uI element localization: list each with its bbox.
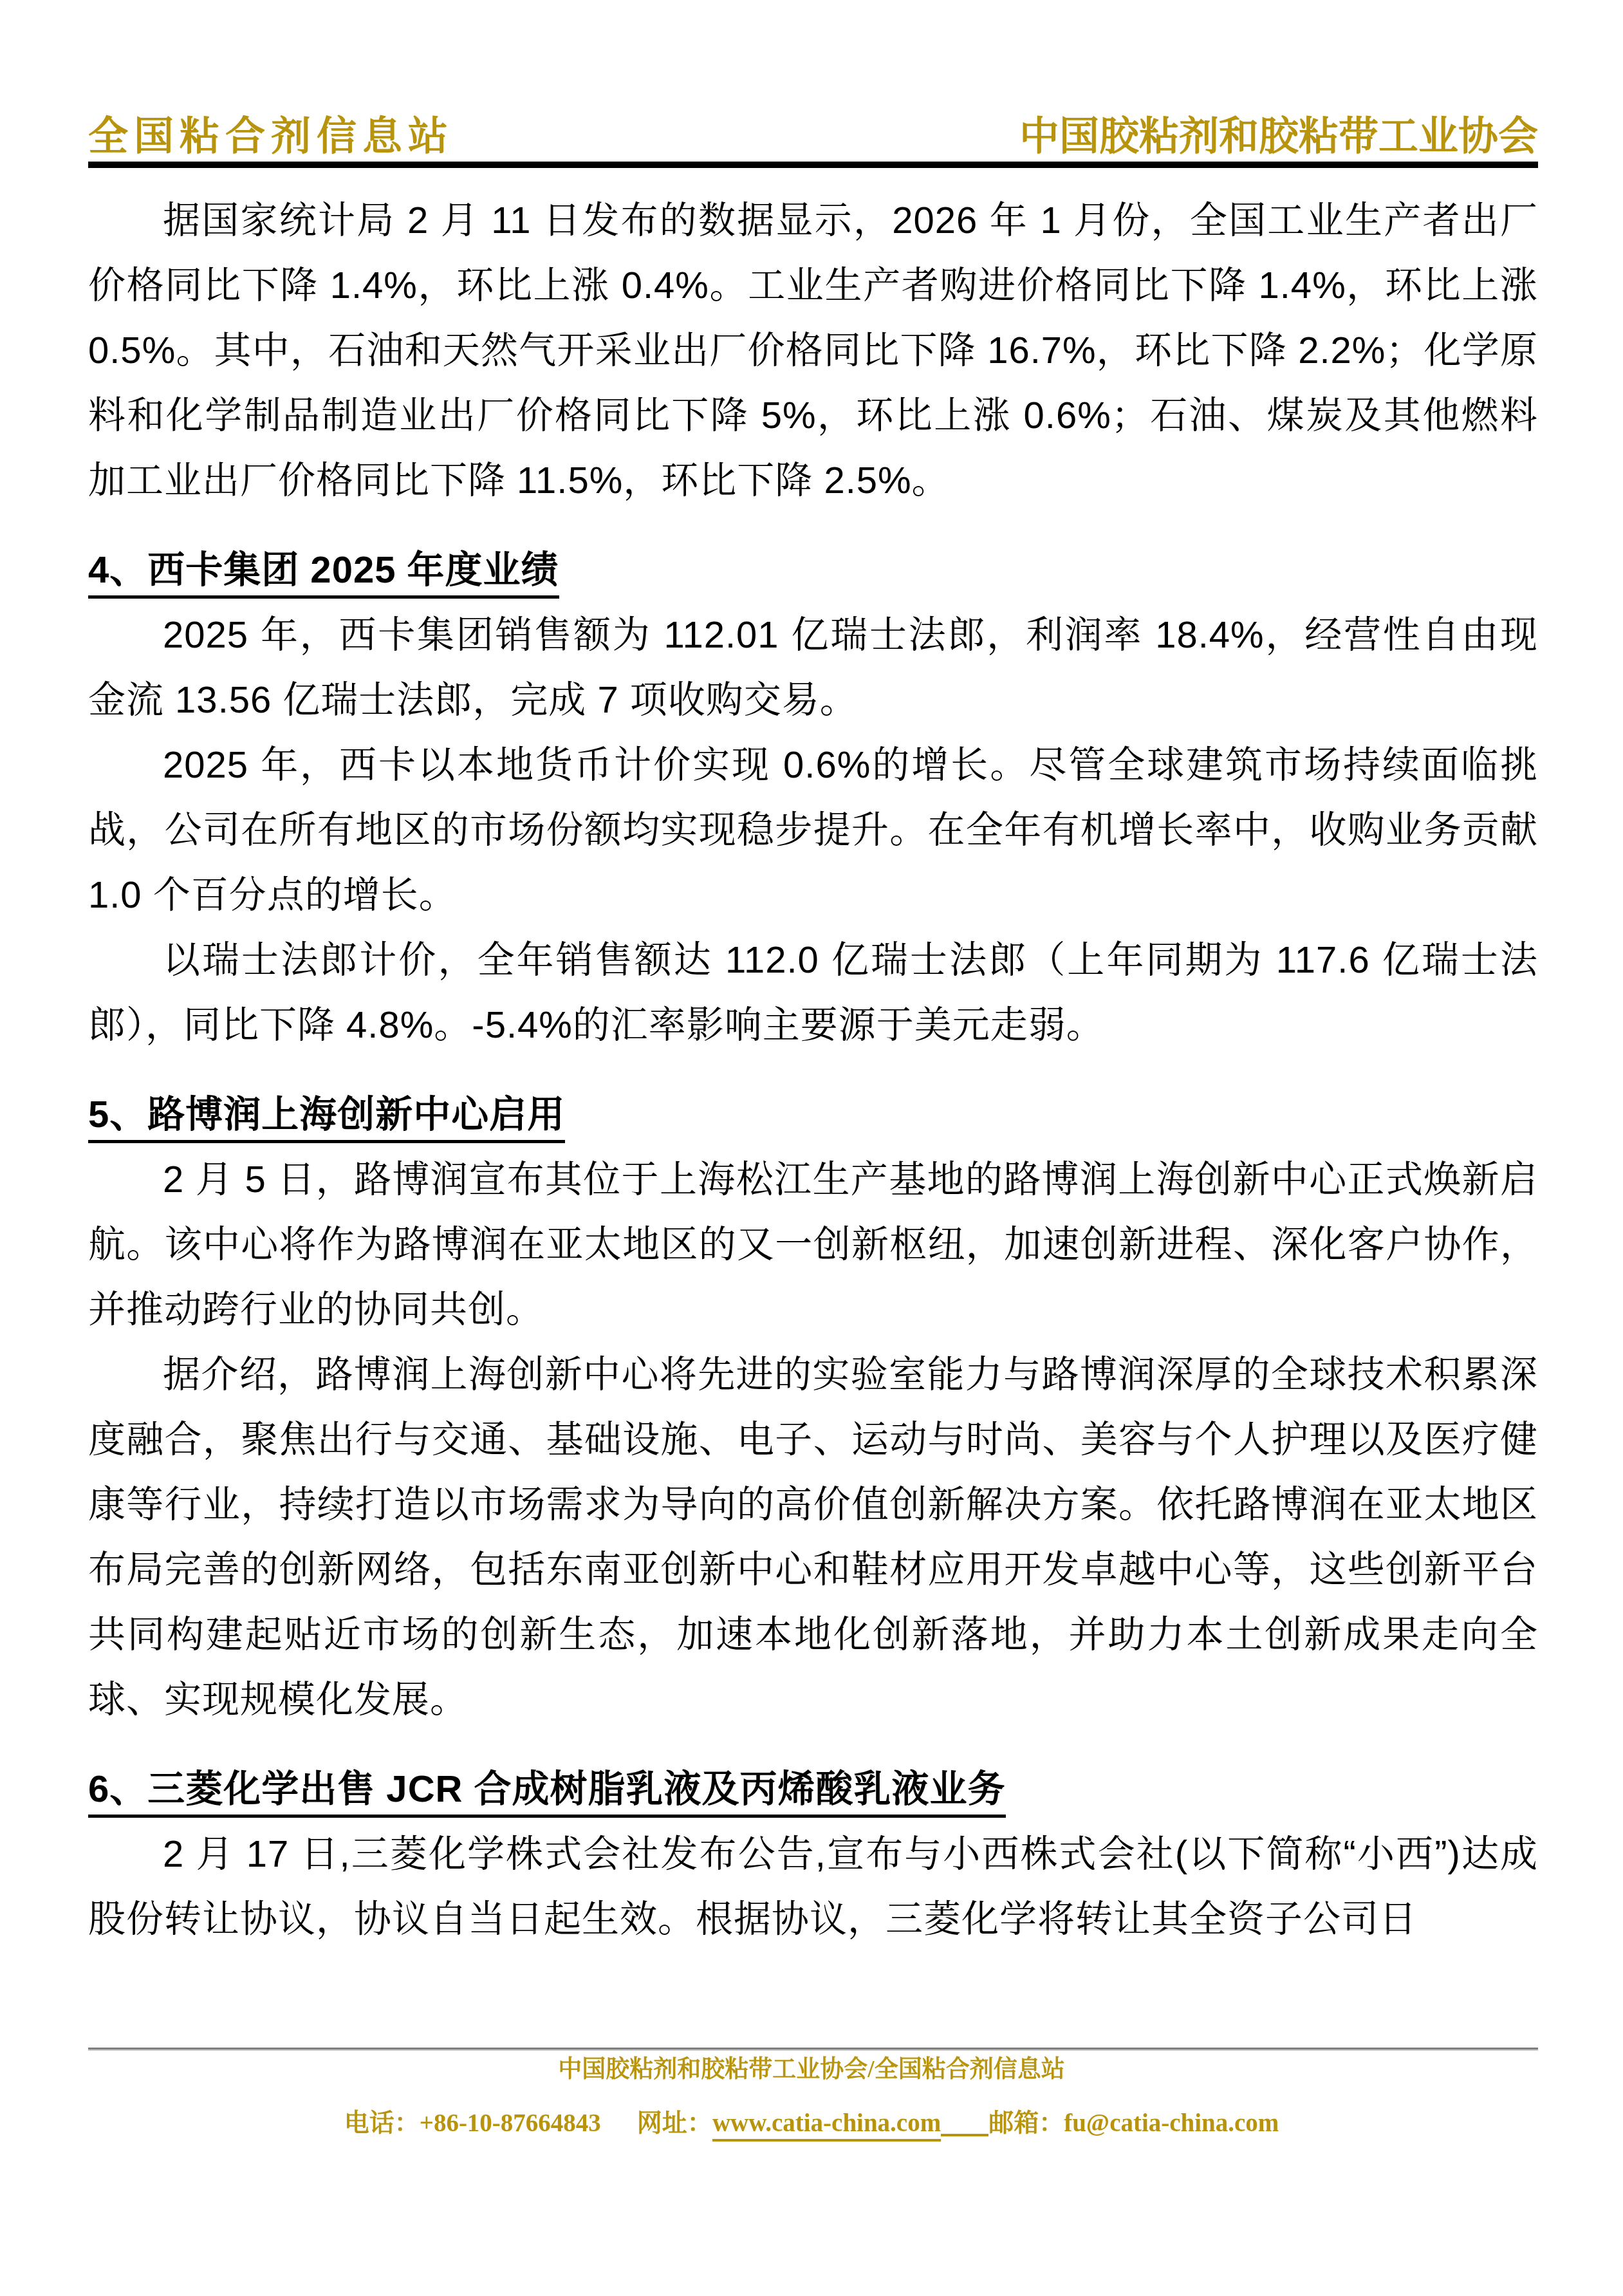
section-5-paragraph-1: 2 月 5 日，路博润宣布其位于上海松江生产基地的路博润上海创新中心正式焕新启航… [88, 1147, 1538, 1342]
section-4-paragraph-2: 2025 年，西卡以本地货币计价实现 0.6%的增长。尽管全球建筑市场持续面临挑… [88, 733, 1538, 928]
header-right-title: 中国胶粘剂和胶粘带工业协会 [1019, 116, 1538, 158]
footer-web-label: 网址： [637, 2109, 712, 2138]
section-5-paragraph-2: 据介绍，路博润上海创新中心将先进的实验室能力与路博润深厚的全球技术积累深度融合，… [88, 1342, 1538, 1732]
section-6-paragraph-1: 2 月 17 日,三菱化学株式会社发布公告,宣布与小西株式会社(以下简称“小西”… [88, 1822, 1538, 1952]
footer-phone-number: +86-10-87664843 [420, 2109, 601, 2138]
website-underline-tail [941, 2111, 988, 2136]
header-rule [88, 162, 1538, 168]
section-heading-5-text: 5、路博润上海创新中心启用 [88, 1094, 565, 1143]
footer-phone-label: 电话： [344, 2109, 420, 2138]
section-4-paragraph-1: 2025 年，西卡集团销售额为 112.01 亿瑞士法郎，利润率 18.4%，经… [88, 602, 1538, 733]
section-heading-4-text: 4、西卡集团 2025 年度业绩 [88, 549, 559, 599]
page-header: 全国粘合剂信息站 中国胶粘剂和胶粘带工业协会 [88, 116, 1538, 158]
section-heading-4: 4、西卡集团 2025 年度业绩 [88, 537, 1538, 602]
section-4-paragraph-3: 以瑞士法郎计价，全年销售额达 112.0 亿瑞士法郎（上年同期为 117.6 亿… [88, 928, 1538, 1058]
footer-contact-line: 电话：+86-10-87664843 网址：www.catia-china.co… [0, 2106, 1623, 2138]
footer-rule [88, 2048, 1538, 2051]
website-link[interactable]: www.catia-china.com [712, 2109, 941, 2138]
document-page: 全国粘合剂信息站 中国胶粘剂和胶粘带工业协会 据国家统计局 2 月 11 日发布… [0, 0, 1623, 2296]
section-heading-6: 6、三菱化学出售 JCR 合成树脂乳液及丙烯酸乳液业务 [88, 1757, 1538, 1822]
footer-email-label: 邮箱： [988, 2109, 1064, 2138]
footer-email-address: fu@catia-china.com [1064, 2109, 1279, 2138]
document-body: 据国家统计局 2 月 11 日发布的数据显示，2026 年 1 月份，全国工业生… [88, 188, 1538, 1952]
footer-org-line: 中国胶粘剂和胶粘带工业协会/全国粘合剂信息站 [0, 2056, 1623, 2084]
section-heading-5: 5、路博润上海创新中心启用 [88, 1082, 1538, 1147]
section-heading-6-text: 6、三菱化学出售 JCR 合成树脂乳液及丙烯酸乳液业务 [88, 1768, 1006, 1818]
header-left-title: 全国粘合剂信息站 [88, 116, 454, 158]
intro-paragraph: 据国家统计局 2 月 11 日发布的数据显示，2026 年 1 月份，全国工业生… [88, 188, 1538, 513]
